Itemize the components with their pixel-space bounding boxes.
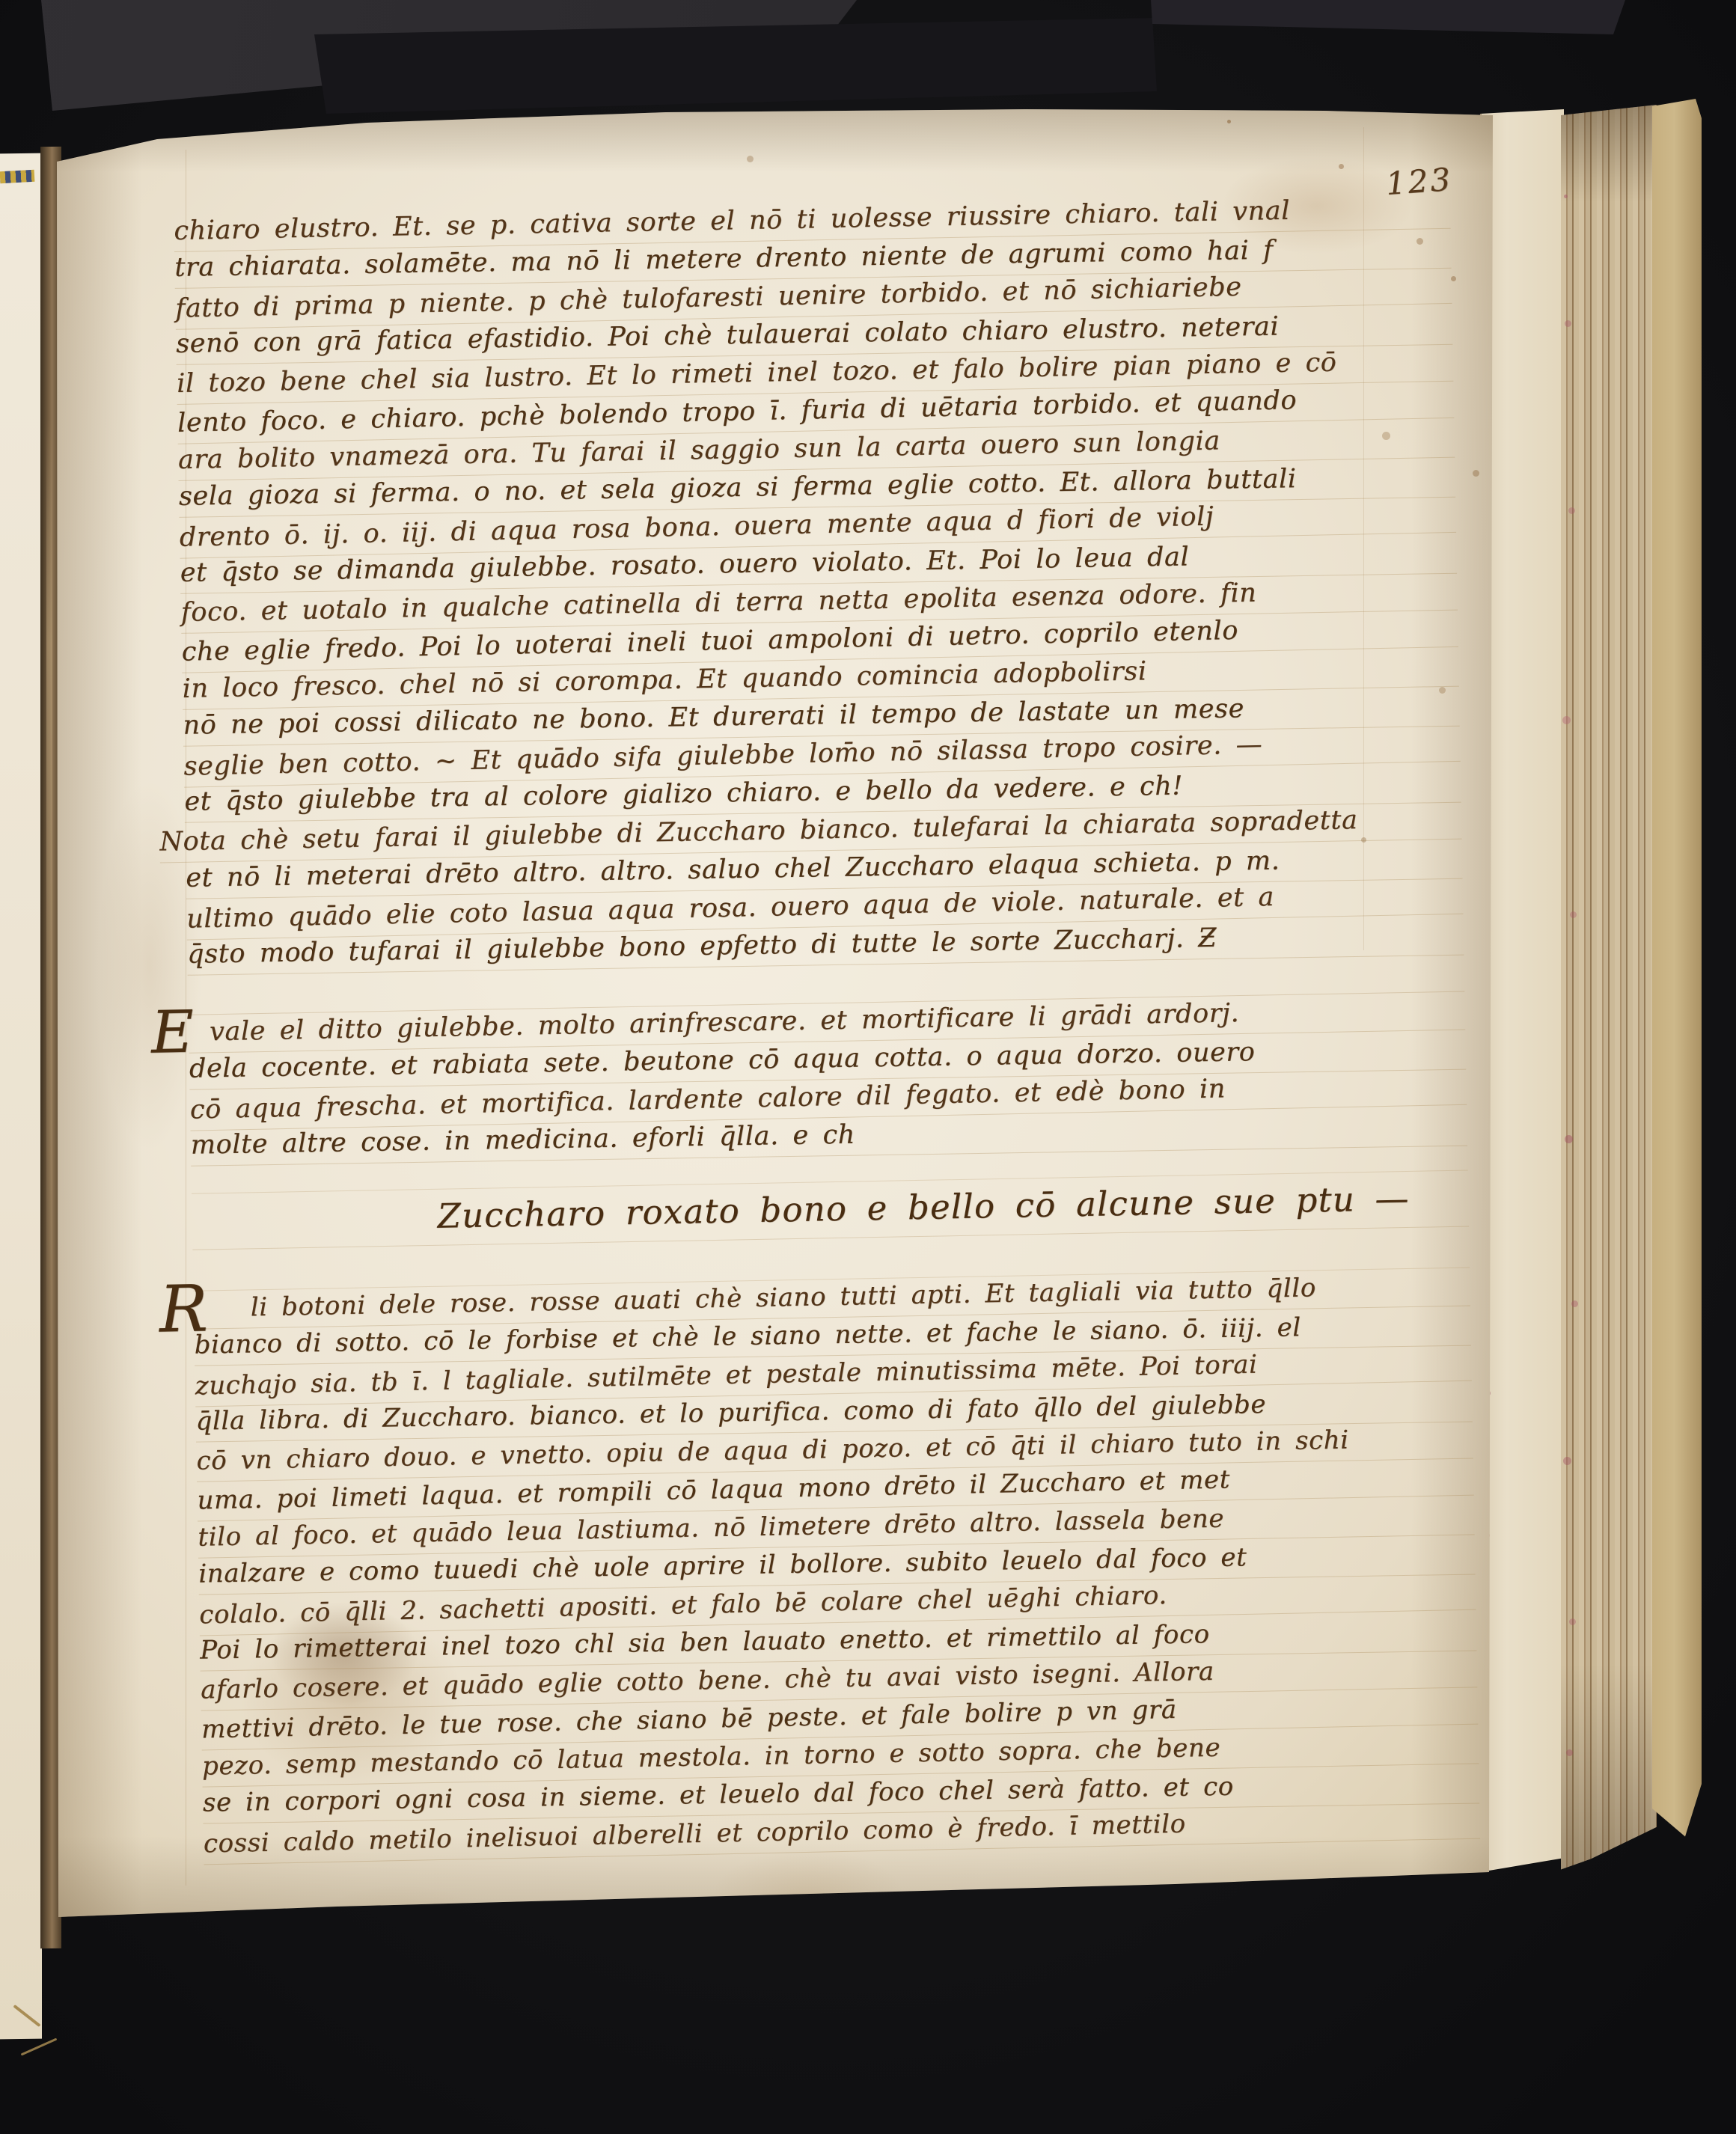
red-edge-stain-speckles: [1564, 195, 1568, 198]
manuscript-page: 123 chiaro elustro. Et. se p. cativa sor…: [52, 105, 1494, 1919]
book-cover-edge: [1652, 99, 1702, 1854]
digitized-manuscript-photo: 123 chiaro elustro. Et. se p. cativa sor…: [0, 0, 1736, 2134]
damp-stain: [711, 1848, 905, 1945]
decorated-initial-e: E: [150, 999, 195, 1067]
paragraph-giulebbe-clarification: chiaro elustro. Et. se p. cativa sorte e…: [174, 191, 1461, 825]
paragraph-nota: Nota chè setu farai il giulebbe di Zucch…: [185, 801, 1464, 977]
paragraph-lines: vale el ditto giulebbe. molto arinfresca…: [189, 992, 1467, 1168]
paragraph-giulebbe-virtues: E vale el ditto giulebbe. molto arinfres…: [189, 992, 1467, 1168]
paragraph-zuccharo-roxato-recipe: R li botoni dele rose. rosse auati chè s…: [193, 1268, 1480, 1863]
damp-stain: [277, 1886, 524, 2073]
binding-sewing-thread: [46, 419, 52, 1541]
handwritten-text-block: chiaro elustro. Et. se p. cativa sorte e…: [174, 191, 1480, 1864]
fore-edge-page-stack: [1561, 105, 1657, 1877]
underlying-page-edge: [1480, 109, 1564, 1872]
binding-headband: [0, 170, 34, 183]
paragraph-lines: li botoni dele rose. rosse auati chè sia…: [193, 1268, 1480, 1863]
loose-binding-thread: [21, 2038, 58, 2056]
facing-page-edge: [0, 153, 42, 2040]
foxing-spots: [1227, 120, 1231, 123]
